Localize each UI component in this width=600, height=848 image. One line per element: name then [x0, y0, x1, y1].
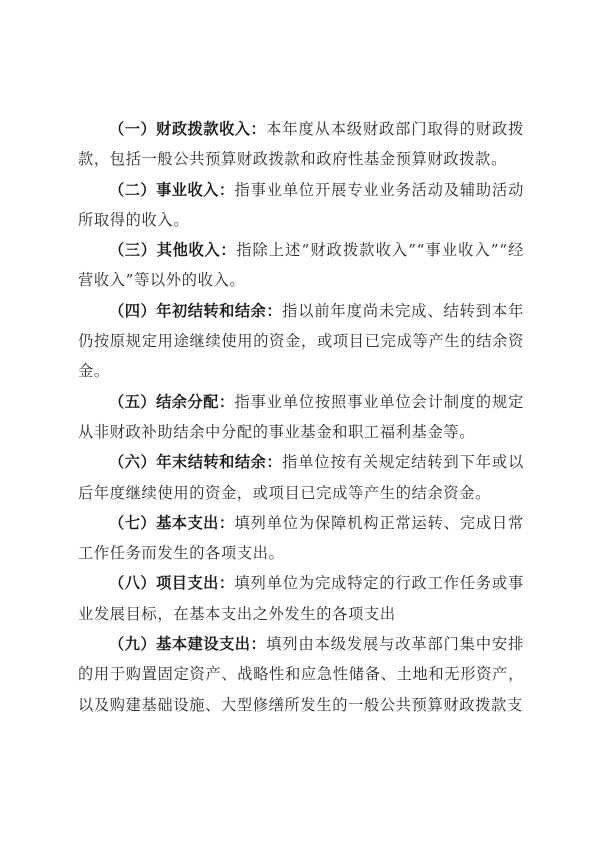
term-label: （九）基本建设支出：: [109, 635, 266, 653]
paragraph-year-end-carryover: （六）年末结转和结余：指单位按有关规定结转到下年或以后年度继续使用的资金，或项目…: [78, 447, 524, 508]
paragraph-fiscal-appropriation-income: （一）财政拨款收入：本年度从本级财政部门取得的财政拨款，包括一般公共预算财政拨款…: [78, 114, 524, 175]
document-page: （一）财政拨款收入：本年度从本级财政部门取得的财政拨款，包括一般公共预算财政拨款…: [78, 114, 524, 720]
paragraph-beginning-carryover: （四）年初结转和结余：指以前年度尚未完成、结转到本年仍按原规定用途继续使用的资金…: [78, 296, 524, 387]
term-label: （六）年末结转和结余：: [109, 453, 282, 471]
paragraph-basic-expenditure: （七）基本支出：填列单位为保障机构正常运转、完成日常工作任务而发生的各项支出。: [78, 508, 524, 569]
term-label: （八）项目支出：: [109, 574, 235, 592]
term-label: （二）事业收入：: [109, 181, 235, 199]
term-label: （三）其他收入：: [109, 241, 236, 259]
term-label: （四）年初结转和结余：: [109, 302, 282, 320]
term-label: （一）财政拨款收入：: [109, 120, 266, 138]
paragraph-surplus-distribution: （五）结余分配：指事业单位按照事业单位会计制度的规定从非财政补助结余中分配的事业…: [78, 387, 524, 448]
paragraph-other-income: （三）其他收入：指除上述“财政拨款收入”“事业收入”“经营收入”等以外的收入。: [78, 235, 524, 296]
paragraph-business-income: （二）事业收入：指事业单位开展专业业务活动及辅助活动所取得的收入。: [78, 175, 524, 236]
paragraph-capital-construction-expenditure: （九）基本建设支出：填列由本级发展与改革部门集中安排的用于购置固定资产、战略性和…: [78, 629, 524, 720]
term-label: （五）结余分配：: [109, 393, 235, 411]
paragraph-project-expenditure: （八）项目支出：填列单位为完成特定的行政工作任务或事业发展目标，在基本支出之外发…: [78, 568, 524, 629]
term-label: （七）基本支出：: [109, 514, 235, 532]
